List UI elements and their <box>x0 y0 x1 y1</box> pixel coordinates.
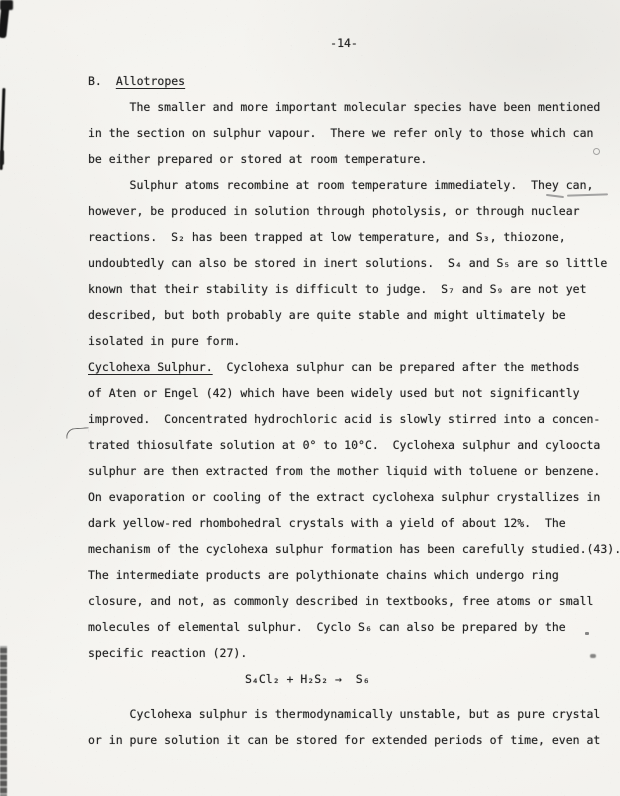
body-line: in the section on sulphur vapour. There … <box>88 120 620 146</box>
body-line: The smaller and more important molecular… <box>88 94 620 120</box>
section-heading: B.Allotropes <box>88 68 620 94</box>
body-line: of Aten or Engel (42) which have been wi… <box>88 380 620 406</box>
body-line: Sulphur atoms recombine at room temperat… <box>88 172 620 198</box>
body-line: dark yellow-red rhombohedral crystals wi… <box>88 510 620 536</box>
scan-artifact-top-left-corner <box>0 0 13 10</box>
paragraph-cyclohexa-preparation: of Aten or Engel (42) which have been wi… <box>88 380 620 666</box>
body-line: molecules of elemental sulphur. Cyclo S₆… <box>88 614 620 640</box>
cyclohexa-heading-line: Cyclohexa Sulphur. Cyclohexa sulphur can… <box>88 354 620 380</box>
cyclohexa-heading-rest: Cyclohexa sulphur can be prepared after … <box>213 360 580 374</box>
body-line: closure, and not, as commonly described … <box>88 588 620 614</box>
section-title: Allotropes <box>116 74 185 88</box>
paragraph-sulphur-atoms: Sulphur atoms recombine at room temperat… <box>88 172 620 354</box>
paragraph-cyclohexa-stability: Cyclohexa sulphur is thermodynamically u… <box>88 701 620 753</box>
typewritten-text-block: -14- B.Allotropes The smaller and more i… <box>0 30 620 753</box>
body-line: mechanism of the cyclohexa sulphur forma… <box>88 536 620 562</box>
body-line: or in pure solution it can be stored for… <box>88 727 620 753</box>
chemical-equation: S₄Cl₂ + H₂S₂ → S₆ <box>88 666 620 692</box>
body-line: described, but both probably are quite s… <box>88 302 620 328</box>
paragraph-allotropes-intro: The smaller and more important molecular… <box>88 94 620 172</box>
body-line: isolated in pure form. <box>88 328 620 354</box>
body-line: sulphur are then extracted from the moth… <box>88 458 620 484</box>
body-line: trated thiosulfate solution at 0° to 10°… <box>88 432 620 458</box>
section-label: B. <box>88 74 102 88</box>
body-line: undoubtedly can also be stored in inert … <box>88 250 620 276</box>
body-line: reactions. S₂ has been trapped at low te… <box>88 224 620 250</box>
page-number: -14- <box>88 30 600 56</box>
scanned-document-page: -14- B.Allotropes The smaller and more i… <box>0 0 620 796</box>
cyclohexa-heading: Cyclohexa Sulphur. <box>88 360 213 374</box>
body-line: specific reaction (27). <box>88 640 620 666</box>
body-line: be either prepared or stored at room tem… <box>88 146 620 172</box>
body-line: improved. Concentrated hydrochloric acid… <box>88 406 620 432</box>
body-line: known that their stability is difficult … <box>88 276 620 302</box>
body-line: Cyclohexa sulphur is thermodynamically u… <box>88 701 620 727</box>
body-line: The intermediate products are polythiona… <box>88 562 620 588</box>
body-line: On evaporation or cooling of the extract… <box>88 484 620 510</box>
body-line: however, be produced in solution through… <box>88 198 620 224</box>
